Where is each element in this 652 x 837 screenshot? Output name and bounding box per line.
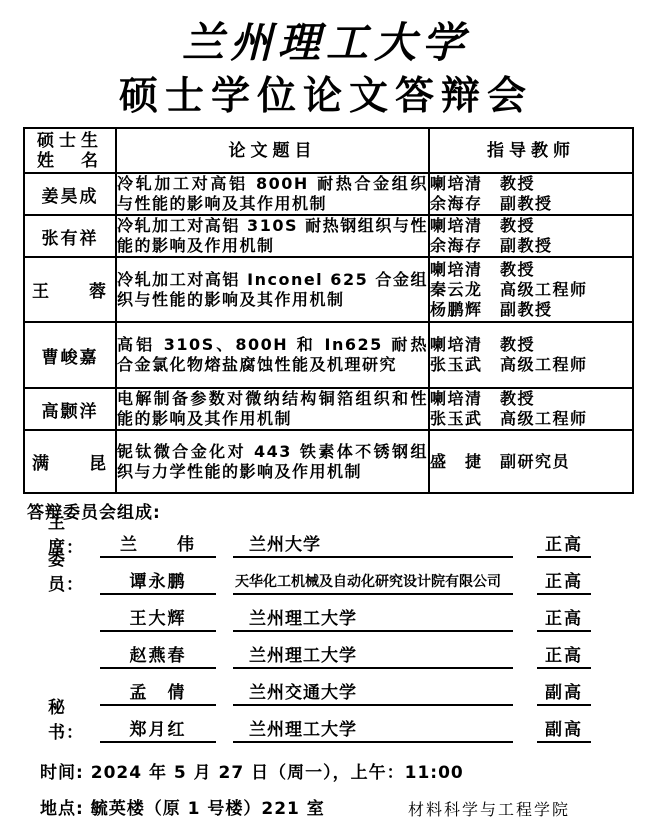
advisor-list: 喇培清 教授 张玉武 高级工程师 — [429, 388, 633, 430]
committee-member-row: 主席： 兰 伟 兰州大学 正高 — [48, 536, 652, 558]
time-value: 2024 年 5 月 27 日（周一），上午：11:00 — [91, 763, 464, 783]
time-label: 时间: — [40, 763, 84, 783]
thesis-title: 电解制备参数对微纳结构铜箔组织和性能的影响及其作用机制 — [116, 388, 429, 430]
committee-member-row: 王大辉 兰州理工大学 正高 — [48, 610, 652, 632]
committee-member-row: 秘书： 郑月红 兰州理工大学 副高 — [48, 721, 652, 743]
header-thesis-title: 论文题目 — [116, 128, 429, 173]
thesis-title: 铌钛微合金化对 443 铁素体不锈钢组织与力学性能的影响及作用机制 — [116, 430, 429, 493]
member-rank-field: 正高 — [537, 572, 591, 595]
table-row: 高颢洋 电解制备参数对微纳结构铜箔组织和性能的影响及其作用机制 喇培清 教授 张… — [24, 388, 633, 430]
time-line: 时间: 2024 年 5 月 27 日（周一），上午：11:00 — [40, 763, 652, 783]
committee-member-row: 委员： 谭永鹏 天华化工机械及自动化研究设计院有限公司 正高 — [48, 573, 652, 595]
page-title: 硕士学位论文答辩会 — [0, 74, 652, 118]
committee-member-row: 孟 倩 兰州交通大学 副高 — [48, 684, 652, 706]
member-name-field: 谭永鹏 — [100, 572, 216, 595]
location-label: 地点: — [40, 799, 84, 819]
advisor-list: 喇培清 教授 余海存 副教授 — [429, 173, 633, 215]
document-page: 兰州理工大学 硕士学位论文答辩会 硕士生 姓 名 论文题目 指导教师 姜昊成 冷… — [0, 18, 652, 819]
member-affiliation-field: 兰州理工大学 — [233, 720, 513, 743]
member-name-field: 兰 伟 — [100, 535, 216, 558]
advisor-list: 喇培清 教授 秦云龙 高级工程师 杨鹏辉 副教授 — [429, 257, 633, 322]
table-row: 张有祥 冷轧加工对高铝 310S 耐热钢组织与性能的影响及作用机制 喇培清 教授… — [24, 215, 633, 257]
member-rank-field: 正高 — [537, 646, 591, 669]
student-name: 高颢洋 — [24, 388, 116, 430]
advisor-list: 盛 捷 副研究员 — [429, 430, 633, 493]
table-row: 曹峻嘉 高铝 310S、800H 和 In625 耐热合金氯化物熔盐腐蚀性能及机… — [24, 322, 633, 388]
member-name-field: 王大辉 — [100, 609, 216, 632]
committee-heading: 答辩委员会组成: — [27, 503, 652, 523]
thesis-title: 冷轧加工对高铝 800H 耐热合金组织与性能的影响及其作用机制 — [116, 173, 429, 215]
member-name-field: 郑月红 — [100, 720, 216, 743]
table-header-row: 硕士生 姓 名 论文题目 指导教师 — [24, 128, 633, 173]
member-rank-field: 正高 — [537, 609, 591, 632]
table-row: 王 蓉 冷轧加工对高铝 Inconel 625 合金组织与性能的影响及其作用机制… — [24, 257, 633, 322]
student-name: 王 蓉 — [24, 257, 116, 322]
member-affiliation-field: 兰州交通大学 — [233, 683, 513, 706]
footer-section: 时间: 2024 年 5 月 27 日（周一），上午：11:00 地点: 毓英楼… — [40, 763, 652, 819]
table-row: 满 昆 铌钛微合金化对 443 铁素体不锈钢组织与力学性能的影响及作用机制 盛 … — [24, 430, 633, 493]
table-row: 姜昊成 冷轧加工对高铝 800H 耐热合金组织与性能的影响及其作用机制 喇培清 … — [24, 173, 633, 215]
student-name: 满 昆 — [24, 430, 116, 493]
advisor-list: 喇培清 教授 余海存 副教授 — [429, 215, 633, 257]
member-rank-field: 副高 — [537, 683, 591, 706]
member-role-label: 秘书： — [48, 693, 100, 743]
location-value: 毓英楼（原 1 号楼）221 室 — [91, 799, 325, 819]
member-affiliation-field: 兰州大学 — [233, 535, 513, 558]
member-affiliation-field: 天华化工机械及自动化研究设计院有限公司 — [233, 572, 513, 595]
member-name-field: 孟 倩 — [100, 683, 216, 706]
member-name-field: 赵燕春 — [100, 646, 216, 669]
member-affiliation-field: 兰州理工大学 — [233, 646, 513, 669]
thesis-title: 高铝 310S、800H 和 In625 耐热合金氯化物熔盐腐蚀性能及机理研究 — [116, 322, 429, 388]
location-line: 地点: 毓英楼（原 1 号楼）221 室 材料科学与工程学院 — [40, 799, 652, 819]
thesis-title: 冷轧加工对高铝 310S 耐热钢组织与性能的影响及作用机制 — [116, 215, 429, 257]
student-name: 张有祥 — [24, 215, 116, 257]
member-role-label: 委员： — [48, 545, 100, 595]
student-name: 曹峻嘉 — [24, 322, 116, 388]
student-name: 姜昊成 — [24, 173, 116, 215]
member-affiliation-field: 兰州理工大学 — [233, 609, 513, 632]
advisor-list: 喇培清 教授 张玉武 高级工程师 — [429, 322, 633, 388]
member-rank-field: 副高 — [537, 720, 591, 743]
thesis-title: 冷轧加工对高铝 Inconel 625 合金组织与性能的影响及其作用机制 — [116, 257, 429, 322]
header-advisor: 指导教师 — [429, 128, 633, 173]
committee-section: 答辩委员会组成: 主席： 兰 伟 兰州大学 正高 委员： 谭永鹏 天华化工机械及… — [27, 503, 652, 743]
university-logo-calligraphy: 兰州理工大学 — [0, 18, 652, 68]
header-student-name: 硕士生 姓 名 — [24, 128, 116, 173]
member-rank-field: 正高 — [537, 535, 591, 558]
defense-schedule-table: 硕士生 姓 名 论文题目 指导教师 姜昊成 冷轧加工对高铝 800H 耐热合金组… — [23, 127, 634, 494]
committee-member-row: 赵燕春 兰州理工大学 正高 — [48, 647, 652, 669]
department-name: 材料科学与工程学院 — [408, 800, 570, 820]
